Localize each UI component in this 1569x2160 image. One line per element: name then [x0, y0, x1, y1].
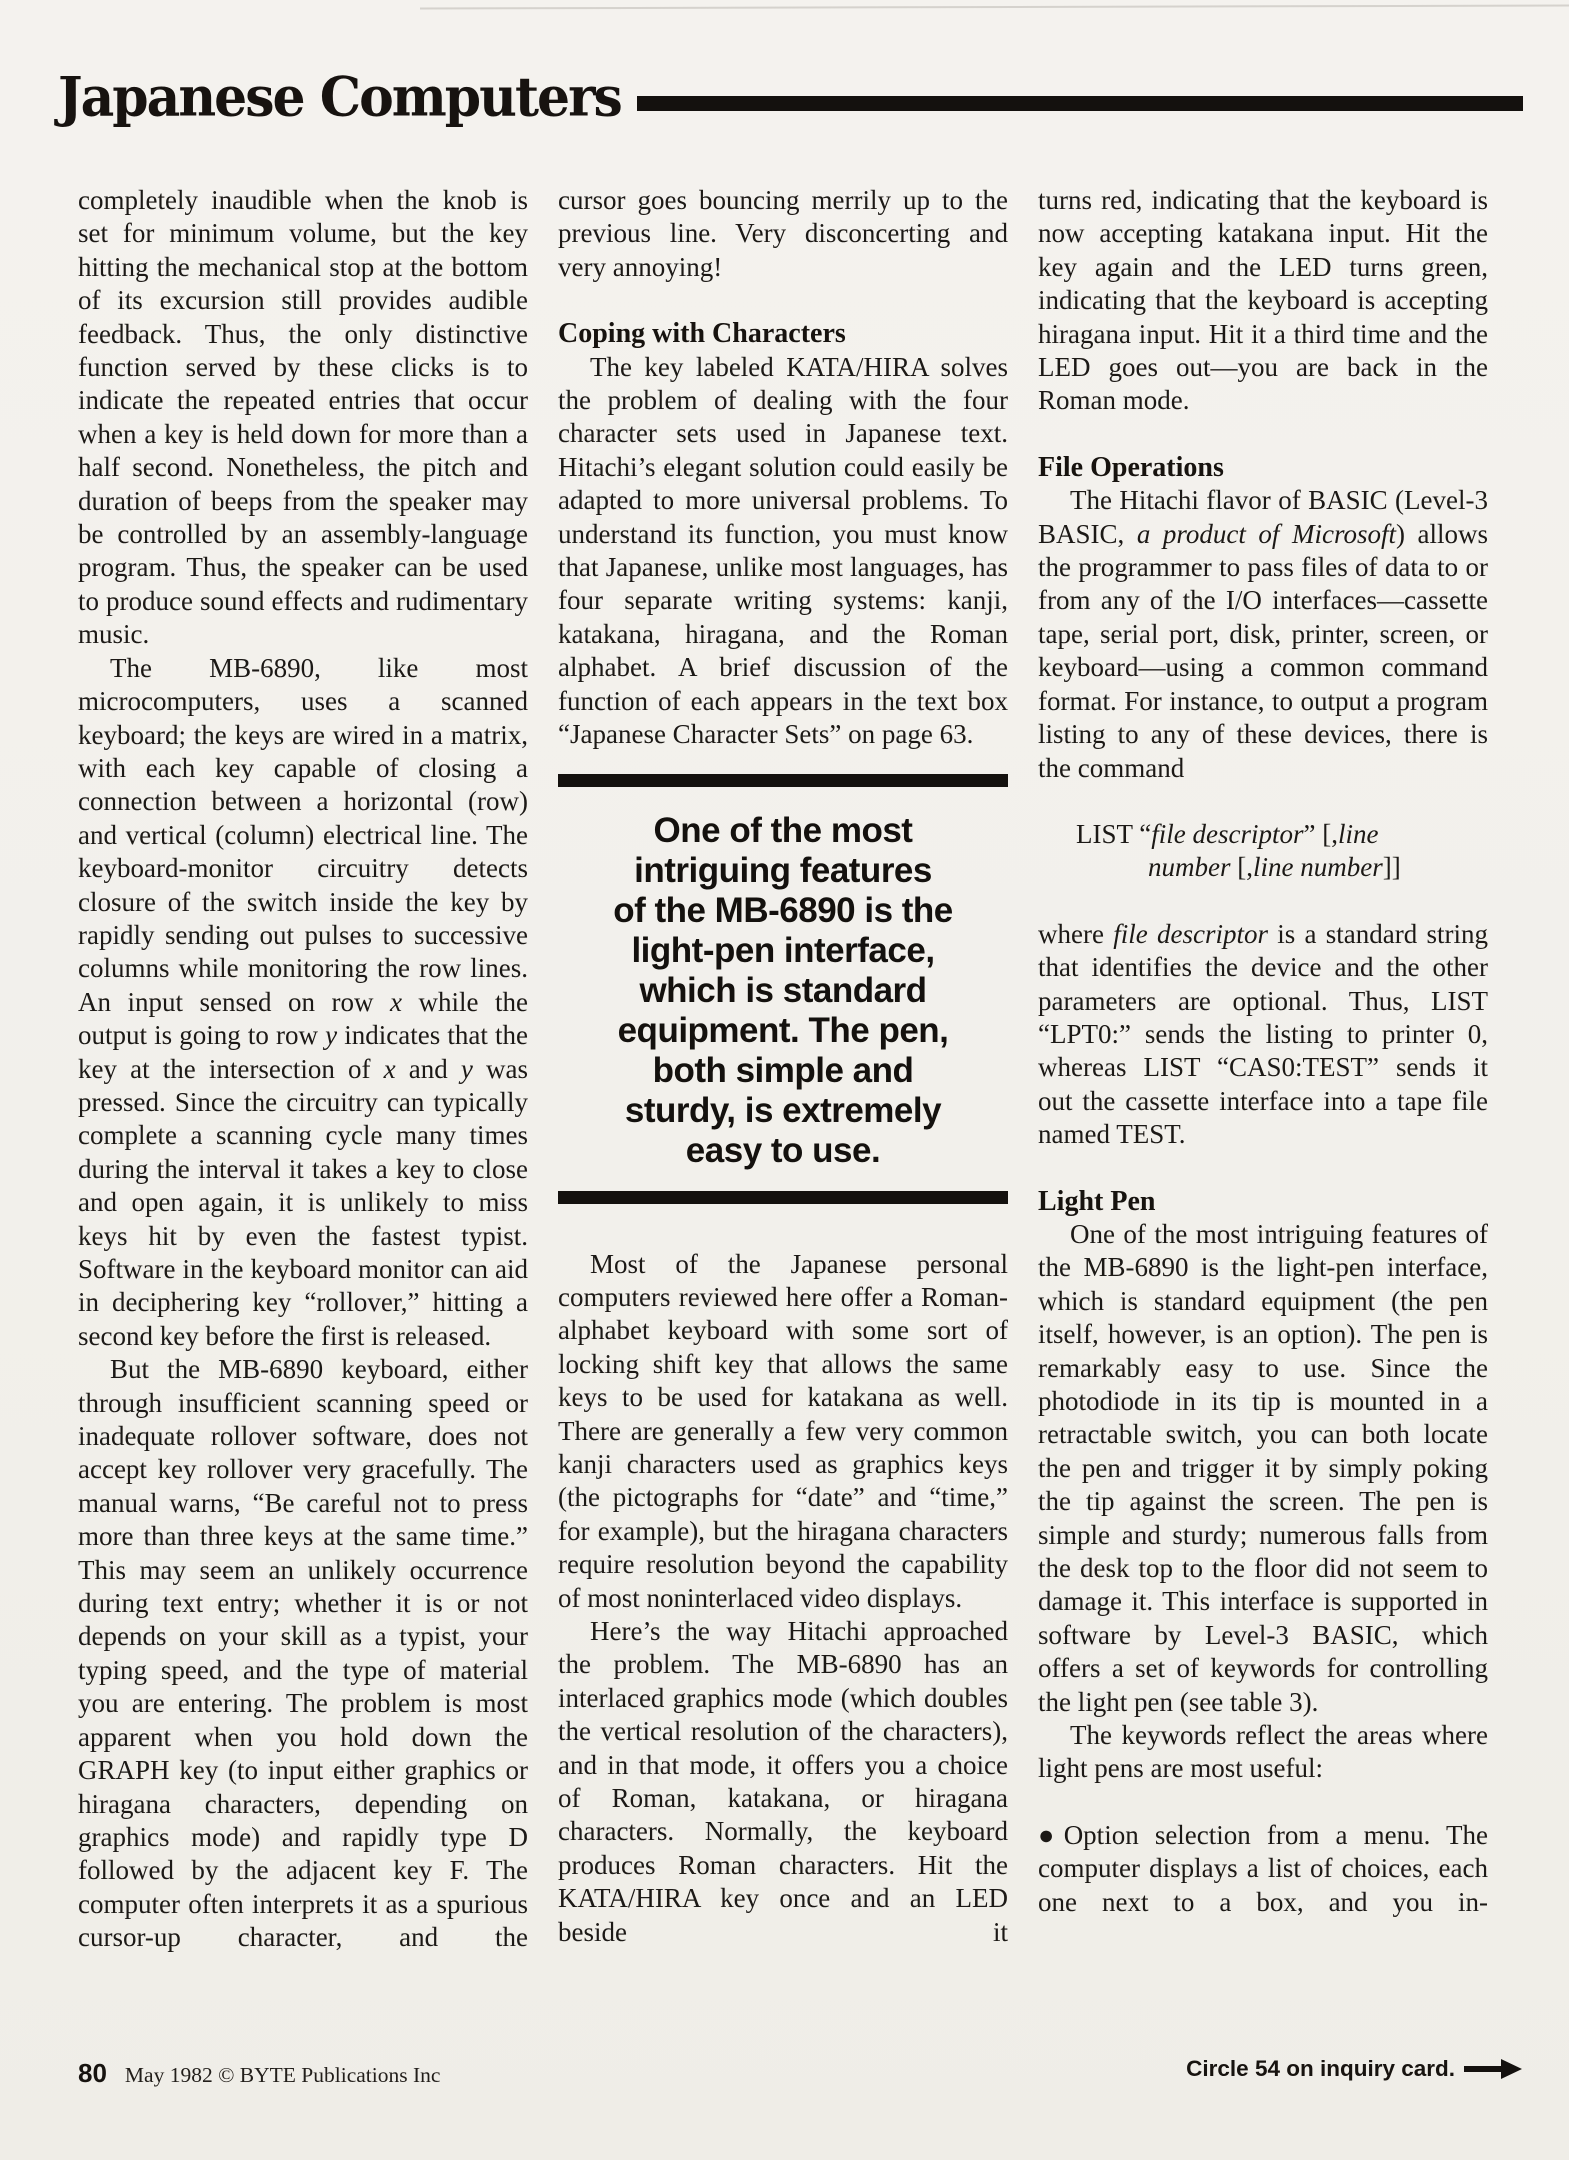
pull-quote-line: both simple and — [558, 1051, 1008, 1091]
paragraph: The keywords reflect the areas where lig… — [1038, 1719, 1488, 1786]
paragraph: Most of the Japanese personal computers … — [558, 1248, 1008, 1615]
paragraph: cursor goes bouncing merrily up to the p… — [558, 184, 1008, 284]
paragraph: One of the most intriguing features of t… — [1038, 1218, 1488, 1719]
bullet-item: ●Option selection from a menu. The compu… — [1038, 1819, 1488, 1919]
paragraph: turns red, indicating that the keyboard … — [1038, 184, 1488, 418]
copyright-text: May 1982 © BYTE Publications Inc — [125, 2063, 441, 2088]
command-syntax: LIST “file descriptor” [,linenumber [,li… — [1038, 818, 1488, 885]
command-syntax-line: number [,line number]] — [1038, 851, 1488, 884]
paragraph: The MB-6890, like most microcomputers, u… — [78, 652, 528, 1354]
pull-quote: One of the mostintriguing featuresof the… — [558, 774, 1008, 1204]
magazine-page: Japanese Computers completely inaudible … — [0, 0, 1569, 2160]
subheading: File Operations — [1038, 451, 1488, 484]
masthead-rule — [637, 96, 1523, 111]
paragraph: where file descriptor is a standard stri… — [1038, 918, 1488, 1152]
section-logo: Japanese Computers — [58, 71, 621, 125]
masthead: Japanese Computers — [58, 72, 1523, 124]
pull-quote-line: easy to use. — [558, 1131, 1008, 1171]
column-1: completely inaudible when the knob is se… — [78, 184, 528, 2024]
paragraph: Here’s the way Hitachi approached the pr… — [558, 1615, 1008, 1949]
inquiry-text: Circle 54 on inquiry card. — [1186, 2056, 1455, 2082]
pull-quote-line: light-pen interface, — [558, 931, 1008, 971]
paragraph: But the MB-6890 keyboard, either through… — [78, 1353, 528, 1954]
pull-quote-line: equipment. The pen, — [558, 1011, 1008, 1051]
subheading: Light Pen — [1038, 1185, 1488, 1218]
paragraph: The key labeled KATA/HIRA solves the pro… — [558, 351, 1008, 752]
footer-right: Circle 54 on inquiry card. — [1186, 2056, 1522, 2082]
paragraph: The Hitachi flavor of BASIC (Level-3 BAS… — [1038, 484, 1488, 785]
pull-quote-line: intriguing features — [558, 851, 1008, 891]
pull-quote-line: sturdy, is extremely — [558, 1091, 1008, 1131]
page-number: 80 — [78, 2058, 107, 2089]
column-2: cursor goes bouncing merrily up to the p… — [558, 184, 1008, 2024]
column-3: turns red, indicating that the keyboard … — [1038, 184, 1488, 2024]
right-arrow-icon — [1464, 2058, 1522, 2080]
subheading: Coping with Characters — [558, 317, 1008, 350]
command-syntax-line: LIST “file descriptor” [,line — [1038, 818, 1488, 851]
pull-quote-line: of the MB-6890 is the — [558, 891, 1008, 931]
pull-quote-line: which is standard — [558, 971, 1008, 1011]
article-columns: completely inaudible when the knob is se… — [78, 184, 1490, 2024]
paragraph: completely inaudible when the knob is se… — [78, 184, 528, 652]
footer-left: 80 May 1982 © BYTE Publications Inc — [78, 2058, 440, 2089]
pull-quote-line: One of the most — [558, 811, 1008, 851]
